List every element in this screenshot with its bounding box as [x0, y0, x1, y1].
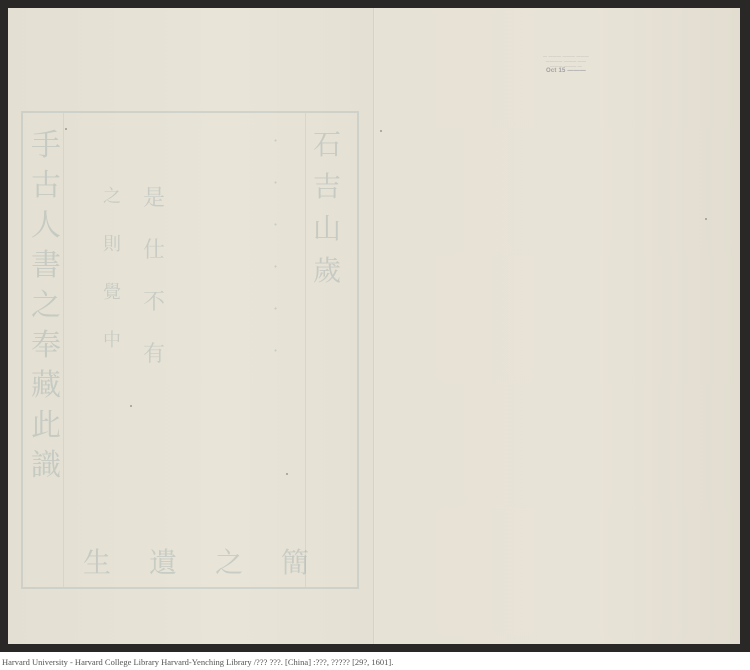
stamp-date: Oct 15 ——— — [530, 68, 602, 75]
bleed-char: · — [273, 259, 278, 275]
bleed-char: · — [273, 343, 278, 359]
paper-speck — [380, 130, 382, 132]
bleed-char: 石 — [313, 131, 341, 159]
bleed-char: 吉 — [313, 173, 341, 201]
bleed-char: 書 — [31, 251, 61, 281]
bleed-char: · — [273, 175, 278, 191]
bleed-char: 簡 — [281, 541, 309, 581]
bleed-column-3: · · · · · · — [273, 133, 278, 359]
bleed-char: 不 — [143, 292, 165, 314]
bleed-char: 之 — [215, 541, 243, 581]
paper-speck — [65, 128, 67, 130]
bleed-char: 之 — [31, 291, 61, 321]
bleed-char: 遺 — [149, 541, 177, 581]
bleed-char: · — [273, 217, 278, 233]
frame-rule — [63, 113, 64, 587]
bleed-char: 此 — [31, 411, 61, 441]
bleed-char: 奉 — [31, 331, 61, 361]
bleed-column-1: 手 古 人 書 之 奉 藏 此 識 — [31, 131, 61, 481]
bleed-column-2: 石 吉 山 歲 — [313, 131, 341, 285]
bleed-bottom-row: 生 遺 之 簡 — [83, 541, 309, 581]
bleed-char: 則 — [103, 236, 121, 254]
citation-caption: Harvard University - Harvard College Lib… — [0, 655, 750, 670]
bleed-char: 古 — [31, 171, 61, 201]
bleed-char: 之 — [103, 188, 121, 206]
bleed-char: 藏 — [31, 371, 61, 401]
bleed-char: 山 — [313, 215, 341, 243]
bleed-column-5: 之 則 覺 中 — [103, 188, 121, 350]
bleed-char: 有 — [143, 344, 165, 366]
bleed-char: 歲 — [313, 257, 341, 285]
paper-speck — [705, 218, 707, 220]
paper-speck — [130, 405, 132, 407]
bleed-char: 覺 — [103, 284, 121, 302]
left-page: 手 古 人 書 之 奉 藏 此 識 石 吉 山 歲 · · · · — [8, 8, 375, 644]
paper-speck — [286, 473, 288, 475]
bleed-char: 中 — [103, 332, 121, 350]
frame-rule — [305, 113, 306, 587]
bleed-char: 是 — [143, 188, 165, 210]
bleed-char: 生 — [83, 541, 111, 581]
bleed-char: · — [273, 301, 278, 317]
library-stamp: — ——— ——— ——— ———— ——— —— ——— ——— — Oct … — [530, 53, 602, 75]
bleed-through-frame: 手 古 人 書 之 奉 藏 此 識 石 吉 山 歲 · · · · — [21, 111, 359, 589]
bleed-column-4: 是 仕 不 有 — [143, 188, 165, 366]
bleed-char: 識 — [31, 451, 61, 481]
bleed-char: · — [273, 133, 278, 149]
right-page: — ——— ——— ——— ———— ——— —— ——— ——— — Oct … — [375, 8, 740, 644]
bleed-char: 手 — [31, 131, 61, 161]
scan-image: 手 古 人 書 之 奉 藏 此 識 石 吉 山 歲 · · · · — [0, 0, 750, 652]
bleed-char: 人 — [31, 211, 61, 241]
bleed-char: 仕 — [143, 240, 165, 262]
